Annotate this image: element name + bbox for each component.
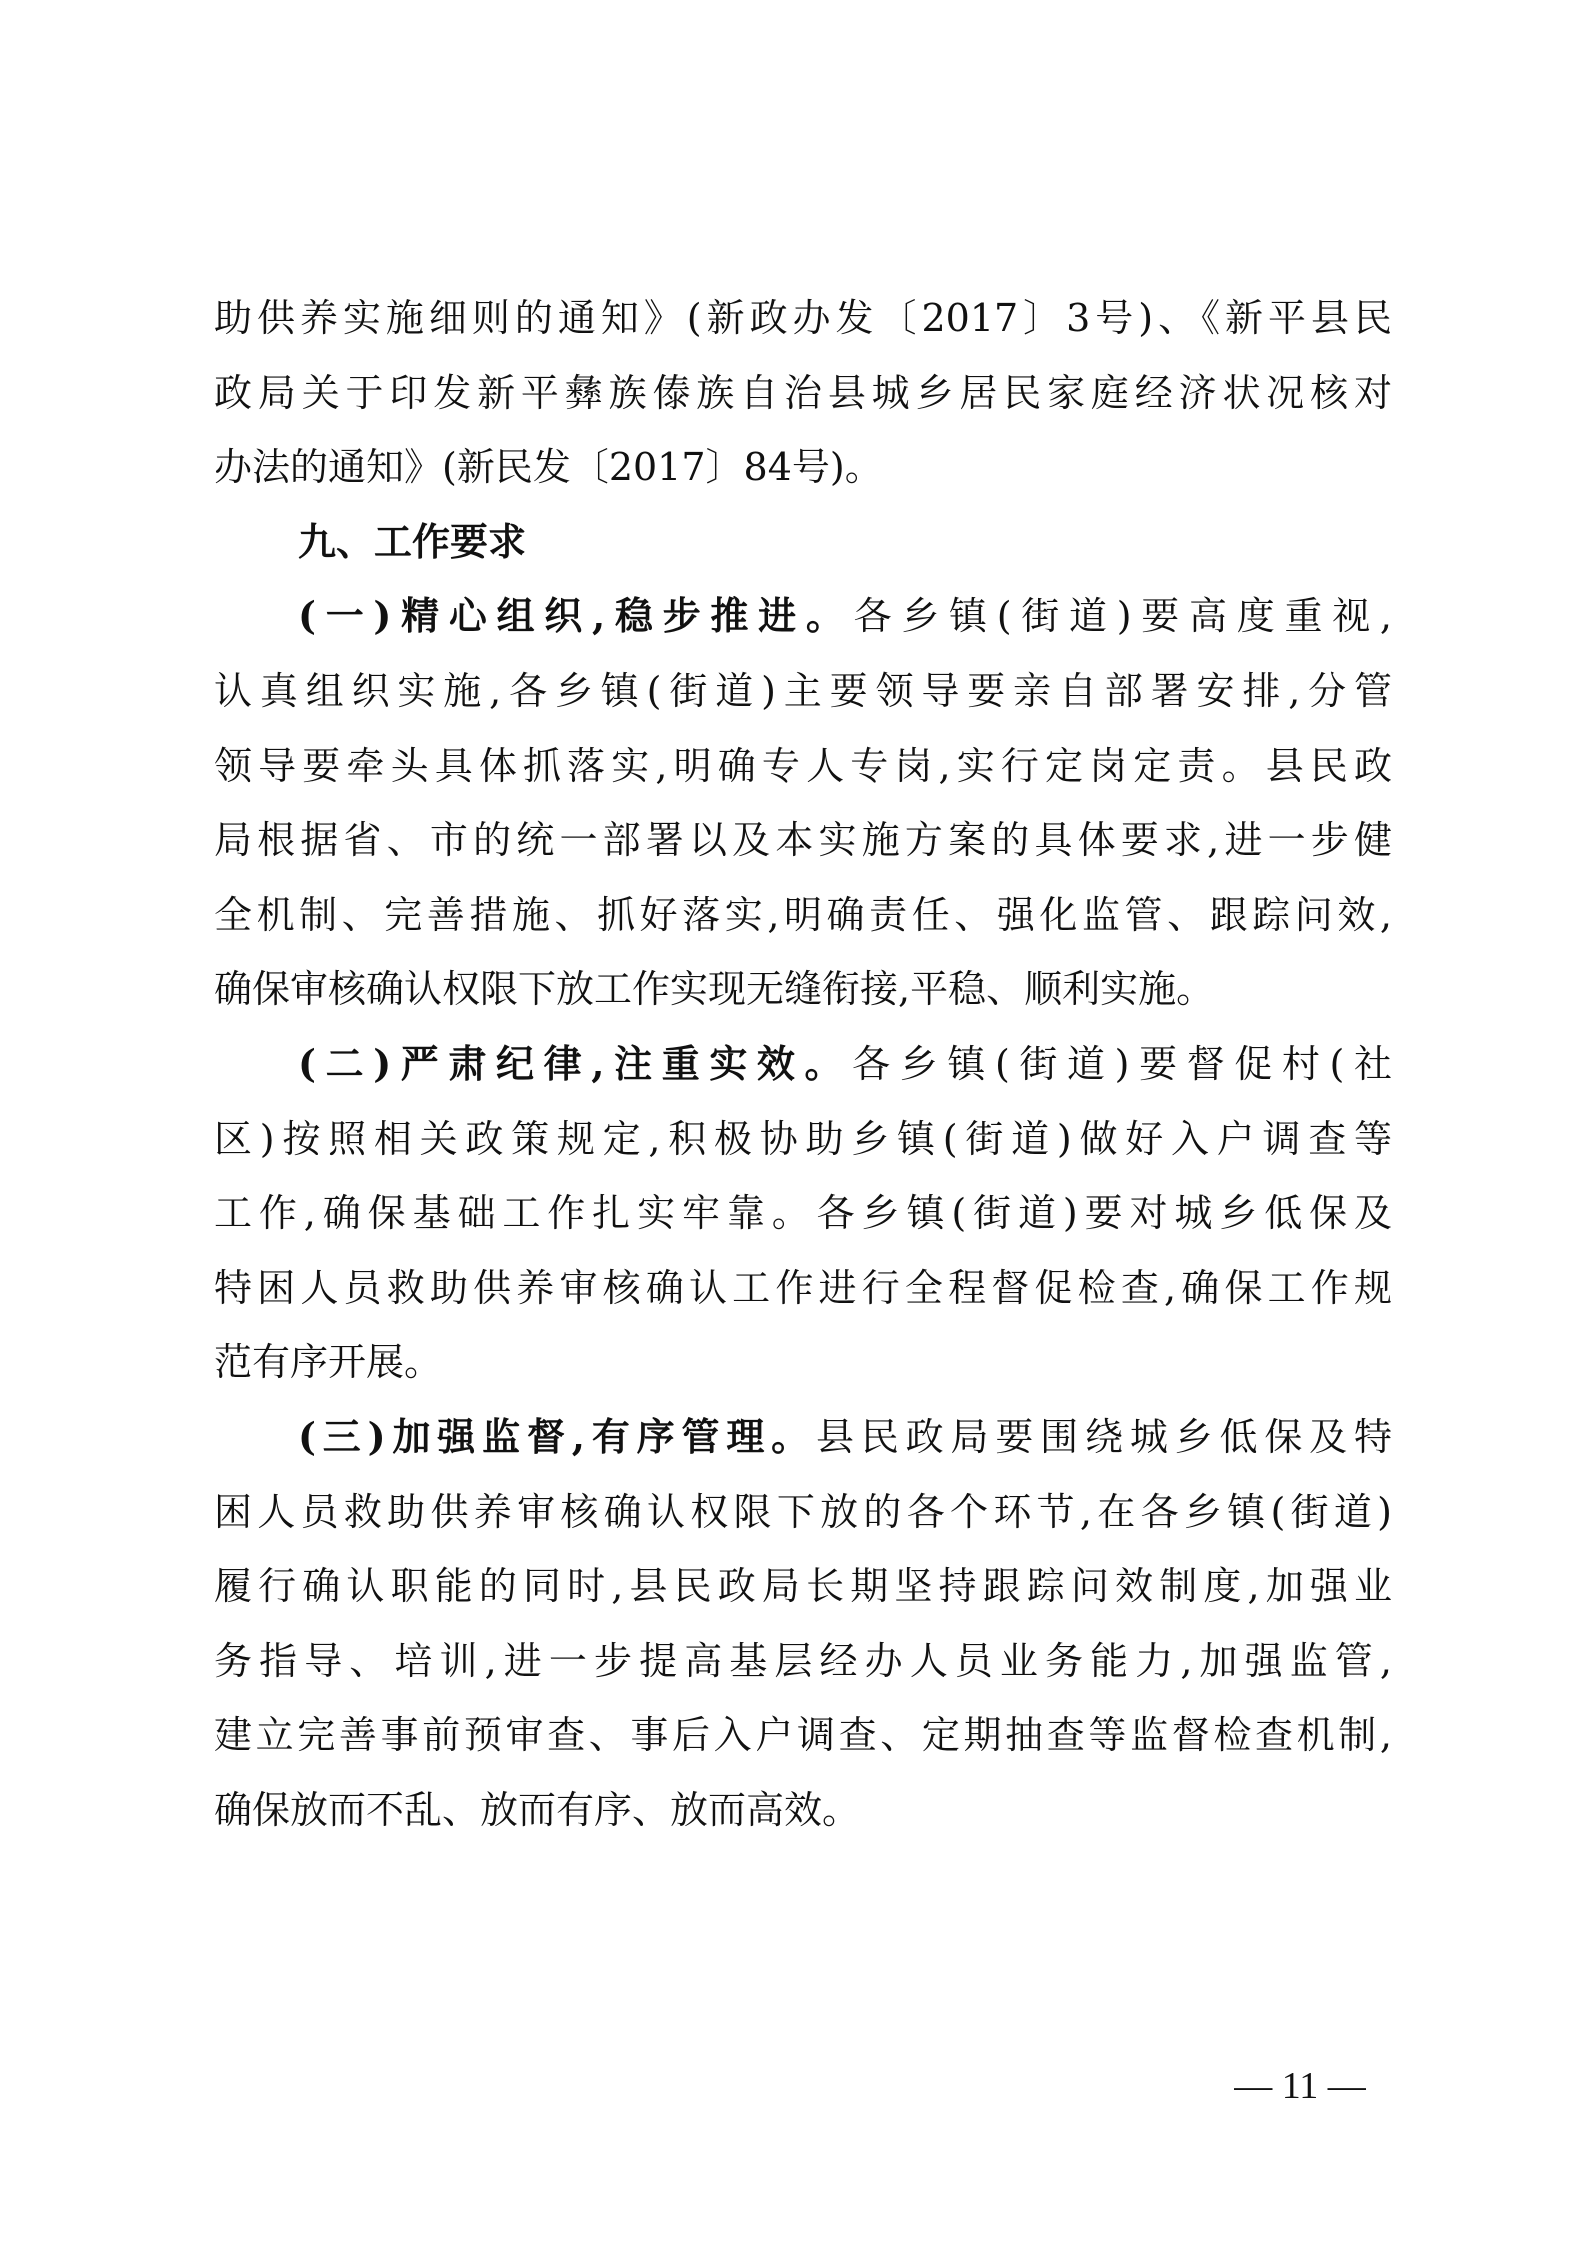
body-text-line: 特困人员救助供养审核确认工作进行全程督促检查,确保工作规 [214, 1251, 1392, 1326]
paragraph-lead: (三)加强监督,有序管理。 [298, 1414, 816, 1459]
page-number: — 11 — [1180, 2066, 1420, 2106]
body-text-line: 认真组织实施,各乡镇(街道)主要领导要亲自部署安排,分管 [214, 654, 1392, 729]
paragraph-text: 县民政局要围绕城乡低保及特 [816, 1415, 1392, 1459]
document-page: 助供养实施细则的通知》(新政办发〔2017〕3号)、《新平县民 政局关于印发新平… [214, 281, 1392, 1847]
body-text-line: 区)按照相关政策规定,积极协助乡镇(街道)做好入户调查等 [214, 1102, 1392, 1177]
body-text-line: 困人员救助供养审核确认权限下放的各个环节,在各乡镇(街道) [214, 1475, 1392, 1550]
paragraph-text: 各乡镇(街道)要高度重视, [854, 594, 1392, 638]
paragraph-lead: (二)严肃纪律,注重实效。 [298, 1041, 852, 1086]
body-text-line: 工作,确保基础工作扎实牢靠。各乡镇(街道)要对城乡低保及 [214, 1176, 1392, 1251]
body-text-line: 全机制、完善措施、抓好落实,明确责任、强化监管、跟踪问效, [214, 878, 1392, 953]
body-text-line: 履行确认职能的同时,县民政局长期坚持跟踪问效制度,加强业 [214, 1549, 1392, 1624]
section-heading: 九、工作要求 [214, 505, 1392, 580]
paragraph-first-line: (一)精心组织,稳步推进。各乡镇(街道)要高度重视, [214, 579, 1392, 654]
paragraph-text: 各乡镇(街道)要督促村(社 [852, 1042, 1392, 1086]
body-text-line: 助供养实施细则的通知》(新政办发〔2017〕3号)、《新平县民 [214, 281, 1392, 356]
body-text-line: 政局关于印发新平彝族傣族自治县城乡居民家庭经济状况核对 [214, 356, 1392, 431]
body-text-line: 办法的通知》(新民发〔2017〕84号)。 [214, 430, 1392, 505]
body-text-line: 局根据省、市的统一部署以及本实施方案的具体要求,进一步健 [214, 803, 1392, 878]
body-text-line: 确保放而不乱、放而有序、放而高效。 [214, 1773, 1392, 1848]
paragraph-first-line: (二)严肃纪律,注重实效。各乡镇(街道)要督促村(社 [214, 1027, 1392, 1102]
body-text-line: 领导要牵头具体抓落实,明确专人专岗,实行定岗定责。县民政 [214, 729, 1392, 804]
body-text-line: 范有序开展。 [214, 1325, 1392, 1400]
body-text-line: 建立完善事前预审查、事后入户调查、定期抽查等监督检查机制, [214, 1698, 1392, 1773]
paragraph-lead: (一)精心组织,稳步推进。 [298, 593, 854, 638]
body-text-line: 务指导、培训,进一步提高基层经办人员业务能力,加强监管, [214, 1624, 1392, 1699]
paragraph-first-line: (三)加强监督,有序管理。县民政局要围绕城乡低保及特 [214, 1400, 1392, 1475]
body-text-line: 确保审核确认权限下放工作实现无缝衔接,平稳、顺利实施。 [214, 952, 1392, 1027]
